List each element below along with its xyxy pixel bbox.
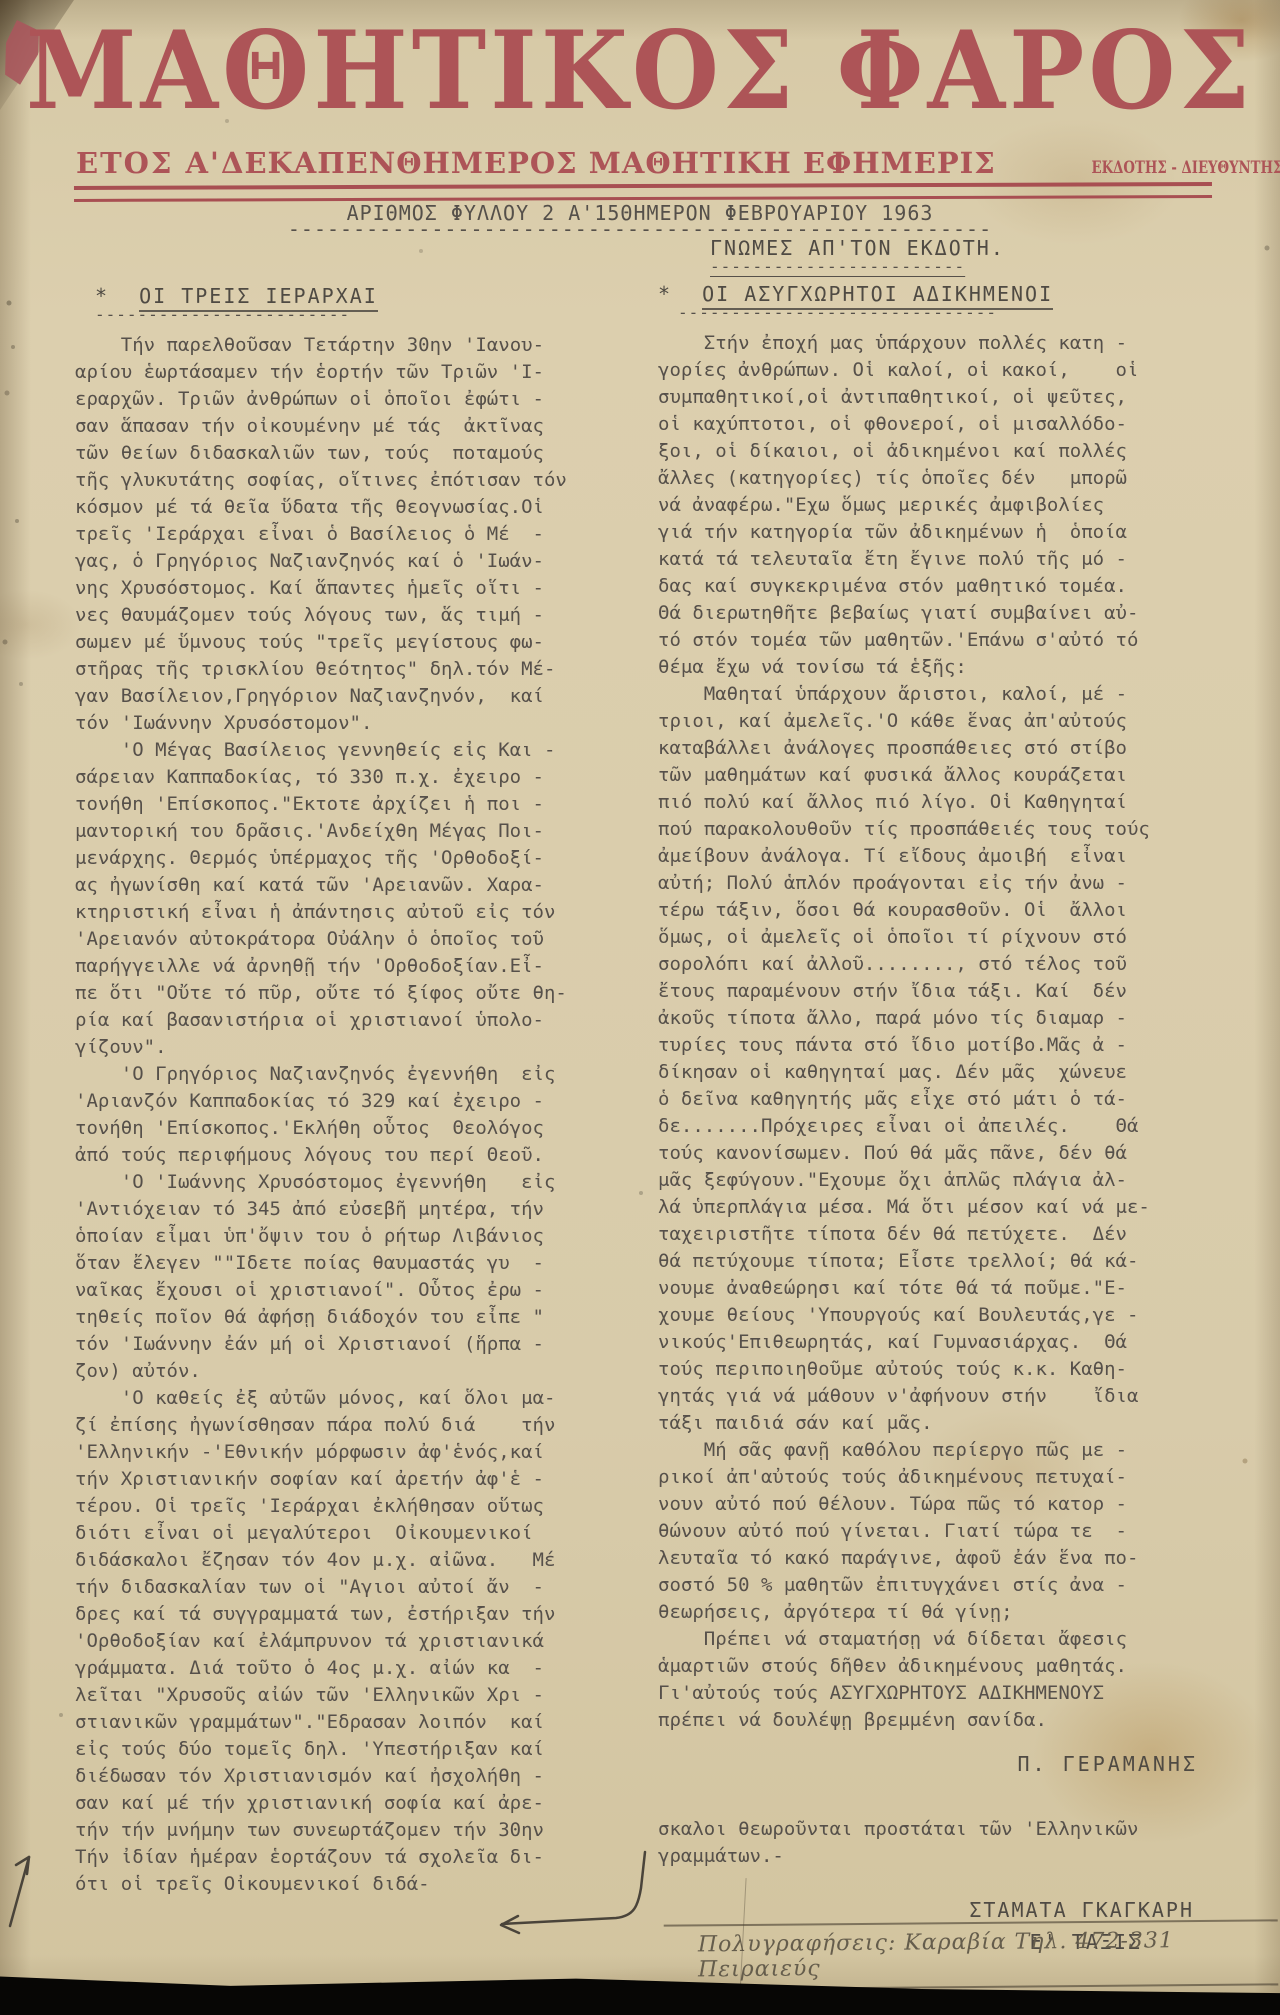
masthead-subrow: ΕΤΟΣ Α' ΔΕΚΑΠΕΝΘΗΜΕΡΟΣ ΜΑΘΗΤΙΚΗ ΕΦΗΜΕΡΙΣ… xyxy=(76,146,1212,180)
right-heading-dashes: ------------------------------ xyxy=(678,306,1238,320)
asterisk-mark: * xyxy=(658,282,672,306)
issue-underline: ----------------------------------------… xyxy=(0,225,1280,234)
publisher-line: ΕΚΔΟΤΗΣ - ΔΙΕΥΘΥΝΤΗΣ ΠΑΝ. ΓΕΡΑΜΑΝΗΣ xyxy=(1091,158,1280,178)
article-paragraph: 'Ο 'Ιωάννης Χρυσόστομος ἐγεννήθη εἰς 'Αν… xyxy=(75,1169,637,1385)
handdrawn-margin-arrow xyxy=(2,1848,38,1936)
masthead-title: ΜΑΘΗΤΙΚΟΣ ΦΑΡΟΣ xyxy=(0,16,1280,124)
article-paragraph: Μή σᾶς φανῇ καθόλου περίεργο πῶς με - ρι… xyxy=(658,1437,1238,1626)
paper-subtitle: ΔΕΚΑΠΕΝΘΗΜΕΡΟΣ ΜΑΘΗΤΙΚΗ ΕΦΗΜΕΡΙΣ xyxy=(221,146,996,180)
print-shop-footer: Πολυγραφήσεις: Καραβία Τηλ. 472-331 Πειρ… xyxy=(664,1919,1279,1990)
continuation-text: σκαλοι θεωροῦνται προστάται τῶν 'Ελληνικ… xyxy=(658,1816,1238,1870)
handwritten-print-note: Πολυγραφήσεις: Καραβία Τηλ. 472-331 Πειρ… xyxy=(664,1921,1279,1988)
handdrawn-continuation-arrow xyxy=(496,1846,652,1941)
article-paragraph: Πρέπει νά σταματήσῃ νά δίδεται ἄφεσις ἁμ… xyxy=(658,1626,1238,1734)
article-paragraph: 'Ο καθείς ἐξ αὐτῶν μόνος, καί ὅλοι μα- ζ… xyxy=(75,1385,637,1898)
article-paragraph: Στήν ἐποχή μας ὑπάρχουν πολλές κατη - γο… xyxy=(658,330,1238,681)
article-paragraph: 'Ο Γρηγόριος Ναζιανζηνός ἐγεννήθη εἰς 'Α… xyxy=(75,1061,637,1169)
paper-specks xyxy=(0,0,2,2)
issue-line-block: ΑΡΙΘΜΟΣ ΦΥΛΛΟΥ 2 Α'15ΘΗΜΕΡΟΝ ΦΕΒΡΟΥΑΡΙΟΥ… xyxy=(0,201,1280,234)
article-paragraph: 'Ο Μέγας Βασίλειος γεννηθείς εἰς Και - σ… xyxy=(75,737,637,1061)
year-label: ΕΤΟΣ Α' xyxy=(76,146,221,180)
editor-signature: Π. ΓΕΡΑΜΑΝΗΣ xyxy=(658,1752,1238,1776)
double-red-rule xyxy=(74,182,1212,202)
article-paragraph: Μαθηταί ὑπάρχουν ἄριστοι, καλοί, μέ - τρ… xyxy=(658,681,1238,1437)
kicker-dashes: ------------------------ xyxy=(710,260,1238,274)
right-column: ΓΝΩΜΕΣ ΑΠ'ΤΟΝ ΕΚΔΟΤΗ. ------------------… xyxy=(658,236,1238,1958)
left-column: * ΟΙ ΤΡΕΙΣ ΙΕΡΑΡΧΑΙ --------------------… xyxy=(75,276,637,1898)
article-paragraph: Τήν παρελθοῦσαν Τετάρτην 30ην 'Ιανου- αρ… xyxy=(75,332,637,737)
newspaper-page: ΜΑΘΗΤΙΚΟΣ ΦΑΡΟΣ ΕΤΟΣ Α' ΔΕΚΑΠΕΝΘΗΜΕΡΟΣ Μ… xyxy=(0,0,1280,2015)
